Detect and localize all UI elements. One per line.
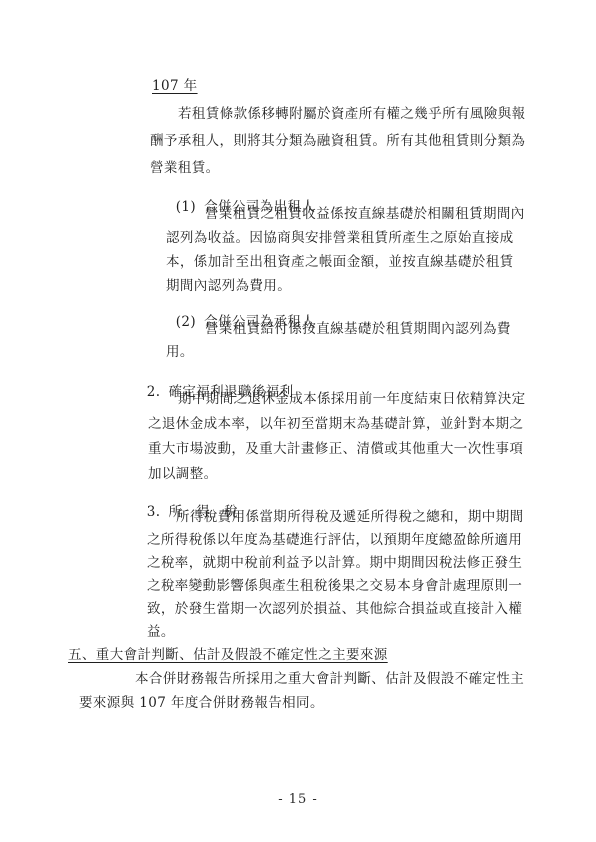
- page-number: - 15 -: [0, 792, 596, 807]
- para-tax-line: 致，於發生當期一次認列於損益、其他綜合損益或直接計入權: [147, 601, 522, 618]
- para-benefit-line: 重大市場波動，及重大計畫修正、清償或其他重大一次性事項: [148, 441, 523, 458]
- para-lease-line: 若租賃條款係移轉附屬於資產所有權之幾乎所有風險與報: [178, 106, 526, 123]
- para-benefit-line: 期中期間之退休金成本係採用前一年度結束日依精算決定: [178, 391, 526, 408]
- para-lessee-line: 用。: [166, 344, 194, 361]
- section-marker: 3.: [147, 504, 161, 520]
- para-benefit-line: 加以調整。: [148, 466, 218, 483]
- para-lease-line: 酬予承租人，則將其分類為融資租賃。所有其他租賃則分類為: [150, 133, 525, 150]
- para-tax-line: 益。: [147, 624, 175, 641]
- para-lessee-line: 營業租賃給付係按直線基礎於租賃期間內認列為費: [205, 321, 511, 338]
- list-item-marker: (1): [176, 199, 196, 215]
- document-page: 107 年 若租賃條款係移轉附屬於資產所有權之幾乎所有風險與報 酬予承租人，則將…: [0, 0, 596, 842]
- para-tax-line: 之稅率，就期中稅前利益予以計算。期中期間因稅法修正發生: [147, 555, 522, 572]
- section-marker: 2.: [147, 384, 161, 400]
- para-tax-line: 之所得稅係以年度為基礎進行評估，以預期年度總盈餘所適用: [147, 532, 522, 549]
- para-tax-line: 所得稅費用係當期所得稅及遞延所得稅之總和，期中期間: [176, 509, 524, 526]
- para-lessor-line: 期間內認列為費用。: [166, 278, 291, 295]
- para-tax-line: 之稅率變動影響係與產生租稅後果之交易本身會計處理原則一: [147, 578, 522, 595]
- para-lessor-line: 營業租賃之租賃收益係按直線基礎於相關租賃期間內: [205, 206, 525, 223]
- para-lessor-line: 本，係加計至出租資產之帳面金額，並按直線基礎於租賃: [166, 254, 514, 271]
- heading-major-judgements: 五、重大會計判斷、估計及假設不確定性之主要來源: [68, 647, 388, 664]
- list-item-marker: (2): [176, 314, 196, 330]
- para-benefit-line: 之退休金成本率，以年初至當期末為基礎計算，並針對本期之: [148, 416, 523, 433]
- para-closing-line: 本合併財務報告所採用之重大會計判斷、估計及假設不確定性主: [135, 671, 524, 688]
- para-lease-line: 營業租賃。: [150, 160, 220, 177]
- para-closing-line: 要來源與 107 年度合併財務報告相同。: [79, 695, 324, 712]
- para-lessor-line: 認列為收益。因協商與安排營業租賃所產生之原始直接成: [166, 230, 514, 247]
- heading-year-107: 107 年: [152, 78, 198, 95]
